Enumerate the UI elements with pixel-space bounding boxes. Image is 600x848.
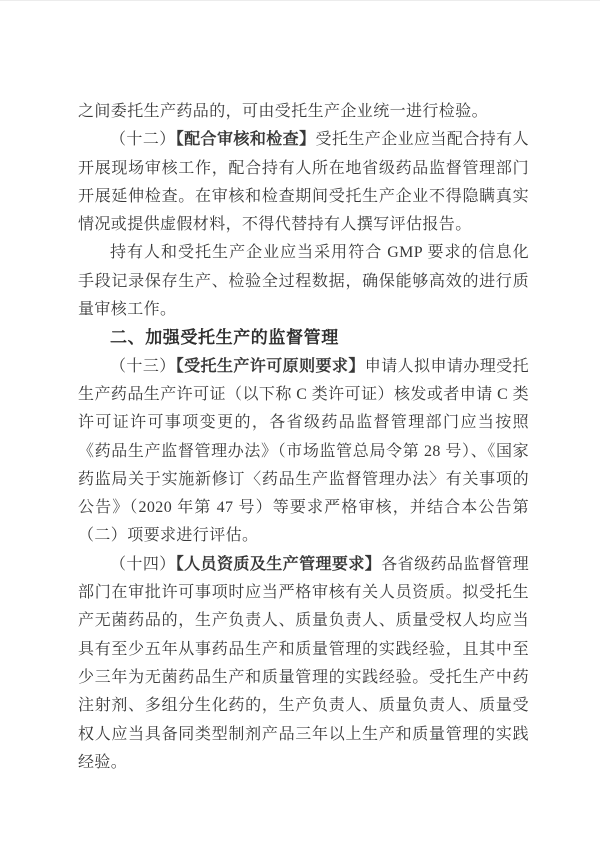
paragraph: （十三）【受托生产许可原则要求】申请人拟申请办理受托生产药品生产许可证（以下称 …: [78, 353, 529, 551]
paragraph: 持有人和受托生产企业应当采用符合 GMP 要求的信息化手段记录保存生产、检验全过…: [78, 239, 529, 324]
text-run: （十三）: [110, 358, 176, 375]
text-run: 持有人和受托生产企业应当采用符合 GMP 要求的信息化手段记录保存生产、检验全过…: [78, 244, 529, 318]
text-run: 各省级药品监督管理部门在审批许可事项时应当严格审核有关人员资质。拟受托生产无菌药…: [78, 556, 529, 771]
paragraph: 之间委托生产药品的，可由受托生产企业统一进行检验。: [78, 98, 529, 126]
text-run: 之间委托生产药品的，可由受托生产企业统一进行检验。: [78, 103, 488, 120]
bold-text-run: 【受托生产许可原则要求】: [176, 358, 365, 375]
document-body: 之间委托生产药品的，可由受托生产企业统一进行检验。（十二）【配合审核和检查】受托…: [78, 98, 529, 777]
section-heading: 二、加强受托生产的监督管理: [78, 324, 529, 352]
text-run: （十二）: [110, 131, 176, 148]
bold-text-run: 【配合审核和检查】: [176, 131, 316, 148]
document-page: 之间委托生产药品的，可由受托生产企业统一进行检验。（十二）【配合审核和检查】受托…: [0, 0, 600, 848]
bold-text-run: 二、加强受托生产的监督管理: [110, 328, 339, 347]
bold-text-run: 【人员资质及生产管理要求】: [176, 556, 382, 573]
paragraph: （十四）【人员资质及生产管理要求】各省级药品监督管理部门在审批许可事项时应当严格…: [78, 551, 529, 777]
paragraph: （十二）【配合审核和检查】受托生产企业应当配合持有人开展现场审核工作，配合持有人…: [78, 126, 529, 239]
text-run: 申请人拟申请办理受托生产药品生产许可证（以下称 C 类许可证）核发或者申请 C …: [78, 358, 529, 545]
text-run: （十四）: [110, 556, 176, 573]
